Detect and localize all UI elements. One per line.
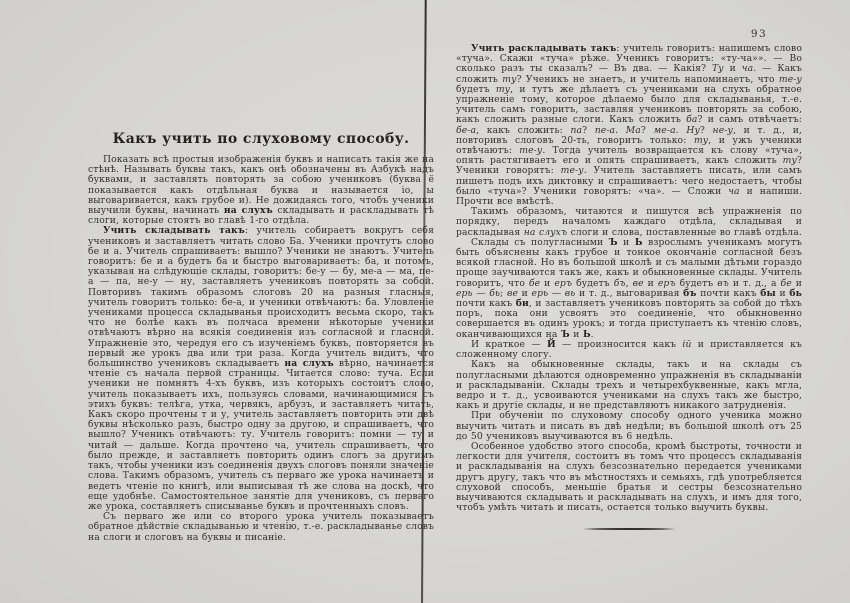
paragraph: Какъ на обыкновенные склады, такъ и на с… <box>456 360 802 411</box>
book-scan: 93 Какъ учить по слуховому способу. Пока… <box>0 0 850 603</box>
paragraph: И краткое — Й — произносится какъ ій и п… <box>456 340 802 360</box>
paragraph: Показать всѣ простыя изображенія буквъ и… <box>88 155 434 226</box>
paragraph: Учить складывать такъ: учитель собираетъ… <box>88 226 434 512</box>
section-divider <box>583 528 675 530</box>
paragraph: Такимъ образомъ, читаются и пишутся всѣ … <box>456 207 802 238</box>
page-number: 93 <box>709 28 809 40</box>
paragraph: Особенное удобство этого способа, кромѣ … <box>456 442 802 513</box>
paragraph: Съ перваго же или со второго урока учите… <box>88 512 434 543</box>
left-page-paragraphs: Показать всѣ простыя изображенія буквъ и… <box>88 155 434 543</box>
right-page-paragraphs: Учить раскладывать такъ: учитель говорит… <box>456 44 802 513</box>
paragraph: Склады съ полугласными Ъ и Ь взрослымъ у… <box>456 238 802 340</box>
paragraph: Учить раскладывать такъ: учитель говорит… <box>456 44 802 207</box>
left-page: Какъ учить по слуховому способу. Показат… <box>88 131 434 543</box>
paragraph: При обученіи по слуховому способу одного… <box>456 411 802 442</box>
chapter-title: Какъ учить по слуховому способу. <box>88 131 434 147</box>
right-page: Учить раскладывать такъ: учитель говорит… <box>456 44 802 530</box>
